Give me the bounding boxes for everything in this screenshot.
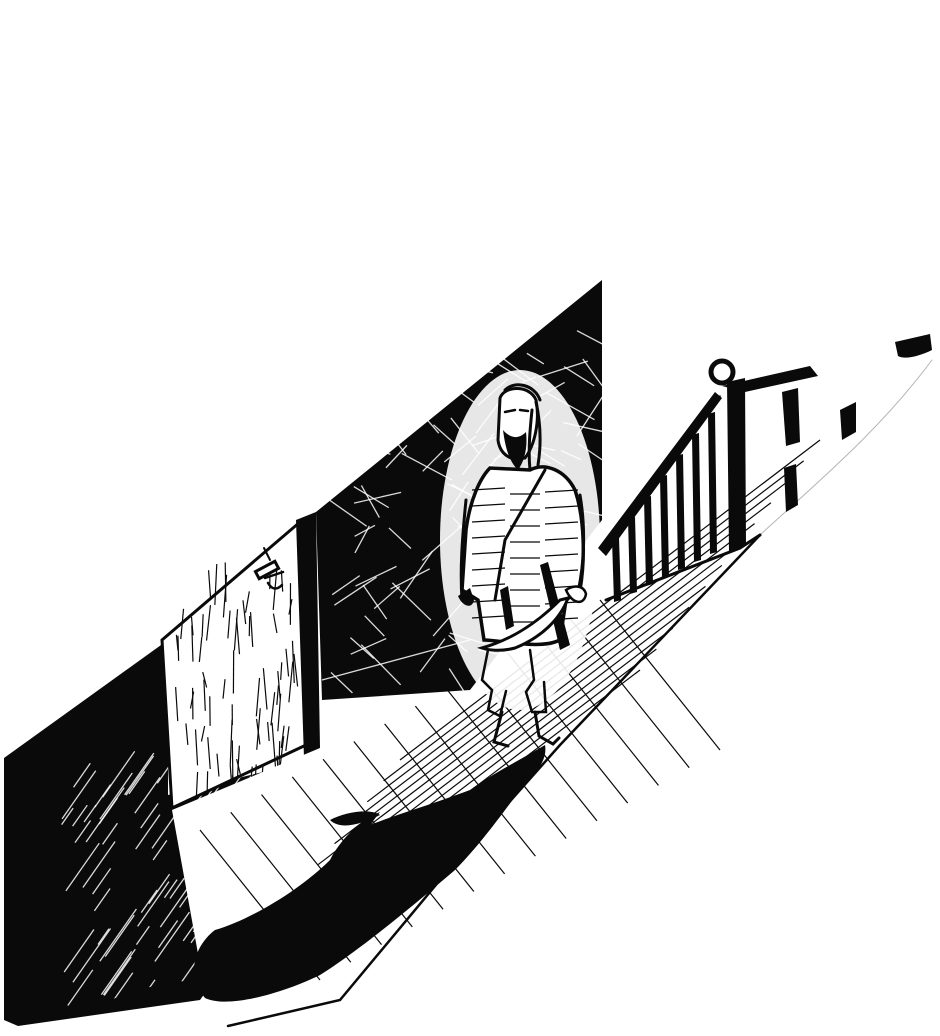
ink-illustration [0,0,940,1036]
